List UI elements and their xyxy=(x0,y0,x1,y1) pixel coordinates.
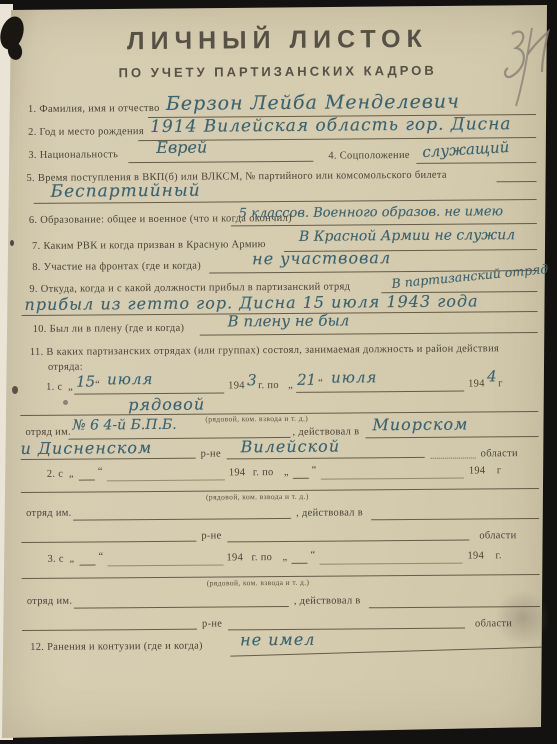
otryad-label: отряд им. xyxy=(27,596,73,607)
field8-label: 8. Участие на фронтах (где и когда) xyxy=(32,261,201,273)
close-quote: “ xyxy=(95,379,100,390)
blank-line xyxy=(22,628,197,631)
field12-value: не имел xyxy=(240,630,315,650)
field2-value: 1914 Вилейская область гор. Дисна xyxy=(150,114,512,137)
otryad-label: отряд им. xyxy=(25,427,71,438)
entry1-region: Вилейской xyxy=(241,437,341,457)
year-printed: 194 xyxy=(469,465,486,476)
close-quote: “ xyxy=(312,465,317,476)
rne-label: р-не xyxy=(201,530,221,541)
year-printed: 194 xyxy=(228,380,245,391)
blank-line xyxy=(416,161,536,164)
blank-line xyxy=(73,517,291,521)
g-label: г xyxy=(498,378,503,389)
document-title: ЛИЧНЫЙ ЛИСТОК xyxy=(37,24,517,57)
g-dot-label: г. xyxy=(495,550,501,561)
close-quote: “ xyxy=(98,466,103,477)
open-quote: „ xyxy=(69,554,74,565)
entry1-month2: июля xyxy=(331,368,377,386)
open-quote: „ xyxy=(69,469,74,480)
deistvoval-label: , действовал в xyxy=(296,507,363,519)
blank-line xyxy=(80,563,96,565)
blank-line xyxy=(74,605,289,609)
blank-line xyxy=(431,456,476,458)
field2-label: 2. Год и место рождения xyxy=(28,126,144,138)
g-po-label: г. по xyxy=(258,380,279,391)
blank-line xyxy=(292,562,308,564)
entry1-month: июля xyxy=(107,370,153,388)
entry2-num: 2. с xyxy=(47,469,63,480)
blank-line xyxy=(21,457,196,460)
field9-value-line1: В партизанский отряд xyxy=(391,261,549,291)
form-content: ЛИЧНЫЙ ЛИСТОК ПО УЧЕТУ ПАРТИЗАНСКИХ КАДР… xyxy=(0,0,557,744)
g-label: г xyxy=(497,465,502,476)
entry1-day2: 21 xyxy=(297,371,316,389)
field3-label: 3. Национальность xyxy=(28,149,118,161)
field11-label2: отряда: xyxy=(48,362,83,373)
blank-line xyxy=(227,539,469,543)
rne-label: р-не xyxy=(202,618,222,629)
open-quote: „ xyxy=(284,467,289,478)
year-printed: 194 xyxy=(229,467,246,478)
position-caption: (рядовой, ком. взвода и т. д.) xyxy=(206,492,309,502)
position-caption: (рядовой, ком. взвода и т. д.) xyxy=(205,414,308,424)
blank-line xyxy=(21,540,196,543)
open-quote: „ xyxy=(68,382,73,393)
blank-line xyxy=(296,390,464,393)
field8-value: не участвовал xyxy=(252,248,391,268)
field1-value: Берзон Лейба Менделевич xyxy=(166,91,460,115)
oblasti-label: области xyxy=(475,618,512,629)
position-caption: (рядовой, ком. взвода и т. д.) xyxy=(207,578,310,588)
field6-value: 5 классов. Военного образов. не имею xyxy=(239,204,503,221)
oblasti-label: области xyxy=(481,448,518,459)
entry1-year2-digit: 4 xyxy=(487,367,497,385)
blank-line xyxy=(200,331,538,336)
close-quote: “ xyxy=(318,378,323,389)
field1-label: 1. Фамилия, имя и отчество xyxy=(28,103,160,115)
field7-value: В Красной Армии не служил xyxy=(299,227,515,245)
year-printed: 194 xyxy=(467,550,484,561)
oblasti-label: области xyxy=(479,530,516,541)
field3-value: Еврей xyxy=(156,138,207,157)
entry1-acted-in2: и Дисненском xyxy=(21,438,153,458)
otryad-label: отряд им. xyxy=(26,508,72,519)
entry1-acted-in: Миорском xyxy=(372,415,468,435)
close-quote: “ xyxy=(310,550,315,561)
entry1-otryad: № 6 4-й Б.П.Б. xyxy=(72,417,176,434)
entry1-num: 1. с xyxy=(46,382,62,393)
blank-line xyxy=(227,456,425,460)
open-quote: „ xyxy=(282,552,287,563)
blank-line xyxy=(366,435,539,438)
blank-line xyxy=(320,562,463,565)
year-printed: 194 xyxy=(226,552,243,563)
g-po-label: г. по xyxy=(253,467,274,478)
blank-line xyxy=(293,477,309,479)
year-printed: 194 xyxy=(468,378,485,389)
blank-line xyxy=(108,563,224,566)
field5-value: Беспартийный xyxy=(51,181,201,202)
close-quote: “ xyxy=(98,551,103,562)
field7-label: 7. Каким РВК и когда призван в Красную А… xyxy=(32,239,266,252)
entry3-num: 3. с xyxy=(47,554,63,565)
field10-value: В плену не был xyxy=(228,311,350,330)
field4-label: 4. Соцположение xyxy=(328,150,410,162)
blank-line xyxy=(79,478,95,480)
open-quote: „ xyxy=(288,380,293,391)
blank-line xyxy=(321,477,464,480)
scanned-document: ЛИЧНЫЙ ЛИСТОК ПО УЧЕТУ ПАРТИЗАНСКИХ КАДР… xyxy=(0,0,557,744)
blank-line xyxy=(128,160,313,163)
entry1-day: 15 xyxy=(76,372,95,390)
field12-label: 12. Ранения и контузии (где и когда) xyxy=(30,641,203,653)
entry1-position: рядовой xyxy=(128,395,205,415)
field10-label: 10. Был ли в плену (где и когда) xyxy=(33,323,185,335)
blank-line xyxy=(107,478,225,481)
field11-label: 11. В каких партизанских отрядах (или гр… xyxy=(30,343,499,358)
g-po-label: г. по xyxy=(251,552,272,563)
blank-line xyxy=(371,517,539,520)
document-subtitle: ПО УЧЕТУ ПАРТИЗАНСКИХ КАДРОВ xyxy=(38,62,518,81)
blank-line xyxy=(369,605,540,608)
deistvoval-label: , действовал в xyxy=(294,595,361,607)
entry1-year-digit: 3 xyxy=(247,371,257,389)
field4-value: служащий xyxy=(422,138,510,161)
blank-line xyxy=(497,180,537,182)
rne-label: р-не xyxy=(201,448,221,459)
